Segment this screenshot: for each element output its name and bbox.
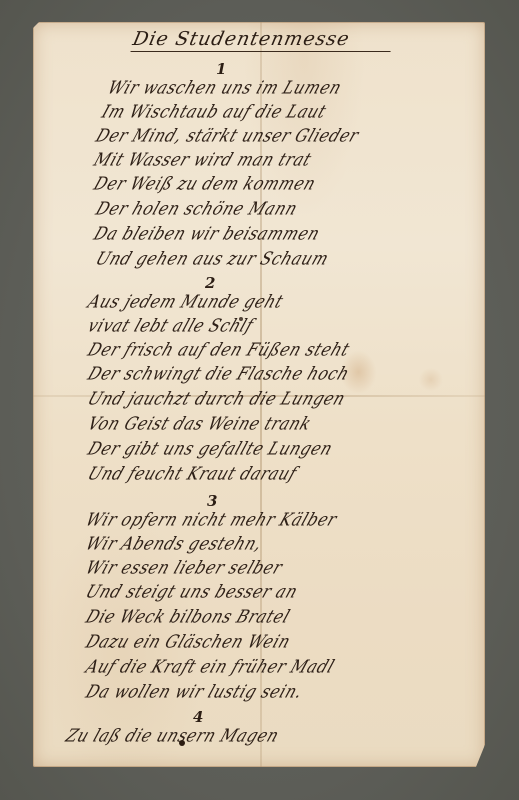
verse-line: Der Weiß zu dem kommen [91, 173, 319, 194]
verse-line: Der holen schöne Mann [93, 198, 301, 219]
verse-line: Der schwingt die Flasche hoch [85, 363, 352, 384]
verse-line: Mit Wasser wird man trat [91, 149, 315, 170]
verse-line: Der Mind, stärkt unser Glieder [93, 125, 362, 146]
verse-line: Im Wischtaub auf die Laut [99, 101, 329, 122]
verse-line: Dazu ein Gläschen Wein [83, 631, 294, 652]
verse-line: vivat lebt alle Schlf [85, 315, 256, 336]
verse-line: Wir opfern nicht mehr Kälber [83, 509, 340, 530]
verse-line: Der frisch auf den Füßen steht [85, 339, 353, 360]
verse-line: Da bleiben wir beisammen [91, 223, 323, 244]
verse-line: Der gibt uns gefallte Lungen [85, 438, 336, 459]
document-title: Die Studentenmesse [130, 28, 395, 52]
verse-line: Und gehen aus zur Schaum [93, 248, 332, 269]
ink-blot [179, 740, 185, 746]
verse-line: Zu laß die unsern Magen [63, 725, 282, 746]
verse-line: Die Weck bilbons Bratel [83, 606, 293, 627]
verse-line: Da wollen wir lustig sein. [83, 681, 306, 702]
ink-blot [239, 317, 243, 321]
verse-line: Von Geist das Weine trank [85, 413, 314, 434]
manuscript-sheet: Die Studentenmesse 1 Wir waschen uns im … [33, 22, 485, 767]
verse-line: Und jauchzt durch die Lungen [85, 388, 348, 409]
verse-number: 4 [193, 708, 203, 726]
verse-number: 3 [207, 492, 217, 510]
verse-line: Wir waschen uns im Lumen [105, 77, 345, 98]
verse-line: Wir essen lieber selber [83, 557, 286, 578]
verse-number: 1 [216, 60, 226, 78]
verse-line: Aus jedem Munde geht [85, 291, 286, 312]
verse-line: Und feucht Kraut darauf [85, 463, 300, 484]
verse-line: Auf die Kraft ein früher Madl [83, 656, 338, 677]
verse-line: Und steigt uns besser an [83, 581, 301, 602]
verse-number: 2 [205, 274, 215, 292]
verse-line: Wir Abends gestehn, [83, 533, 265, 554]
